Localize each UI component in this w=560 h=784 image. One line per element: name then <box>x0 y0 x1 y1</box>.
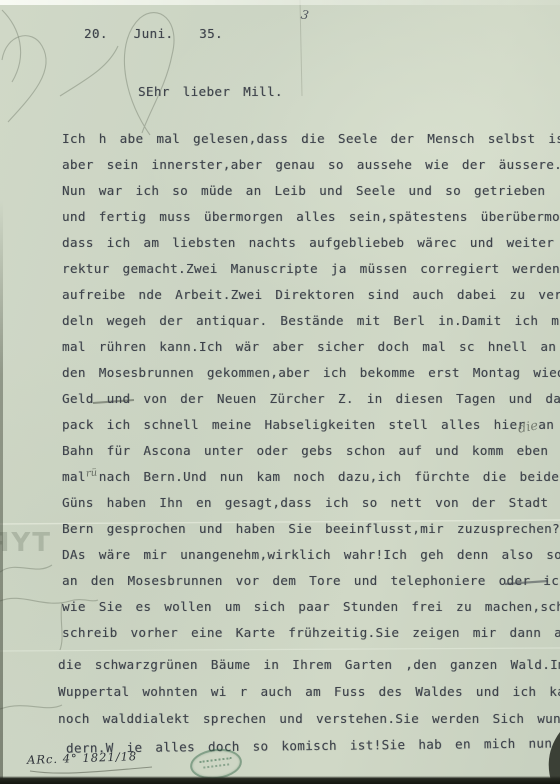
typed-line: die schwarzgrünen Bäume in Ihrem Garten … <box>58 651 558 678</box>
scan-edge-top <box>0 0 560 5</box>
typed-line: pack ich schnell meine Habseligkeiten st… <box>62 412 558 438</box>
typed-line: Geld und von der Neuen Zürcher Z. in die… <box>62 386 558 412</box>
salutation: SEhr lieber Mill. <box>138 84 283 99</box>
typed-line: wie Sie es wollen um sich paar Stunden f… <box>62 594 558 620</box>
typed-line: mal rühren kann.Ich wär aber sicher doch… <box>62 334 558 360</box>
letter-body: Ich h abe mal gelesen,dass die Seele der… <box>62 126 558 646</box>
typed-line: aufreibe nde Arbeit.Zwei Direktoren sind… <box>62 282 558 308</box>
typed-line: Ich h abe mal gelesen,dass die Seele der… <box>62 126 558 152</box>
paper-watermark: TYPEWRITING <box>0 528 50 558</box>
letter-closing: die schwarzgrünen Bäume in Ihrem Garten … <box>58 651 558 759</box>
handwritten-insertion-rue: rü <box>85 467 97 479</box>
typed-line: den Mosesbrunnen gekommen,aber ich bekom… <box>62 360 558 386</box>
scan-edge-bottom <box>0 776 560 784</box>
typed-line: deln wegeh der antiquar. Bestände mit Be… <box>62 308 558 334</box>
typed-line: aber sein innerster,aber genau so ausseh… <box>62 152 558 178</box>
typed-line: mal nach Bern.Und nun kam noch dazu,ich … <box>62 464 558 490</box>
typed-line: noch walddialekt sprechen und verstehen.… <box>58 705 558 732</box>
typed-line: schreib vorher eine Karte frühzeitig.Sie… <box>62 620 558 646</box>
typed-line: Wuppertal wohnten wi r auch am Fuss des … <box>58 678 558 705</box>
archive-number: ARc. 4° 1821/18 <box>27 749 138 767</box>
typed-line: Nun war ich so müde an Leib und Seele un… <box>62 178 558 204</box>
page-number: 3 <box>300 7 310 22</box>
typed-line: an den Mosesbrunnen vor dem Tore und tel… <box>62 568 558 594</box>
scanned-letter-page: TYPEWRITING 3 20. Juni. 35. SEhr lieber … <box>0 0 560 784</box>
typed-line: rektur gemacht.Zwei Manuscripte ja müsse… <box>62 256 558 282</box>
typed-line: dern.W ie alles doch so komisch ist!Sie … <box>66 729 558 761</box>
typed-line: und fertig muss übermorgen alles sein,sp… <box>62 204 558 230</box>
scan-edge-left <box>0 200 3 784</box>
date-line: 20. Juni. 35. <box>84 26 223 41</box>
typed-line: Bahn für Ascona unter oder gebs schon au… <box>62 438 558 464</box>
typed-line: DAs wäre mir unangenehm,wirklich wahr!Ic… <box>62 542 558 568</box>
typed-line: dass ich am liebsten nachts aufgebliebeb… <box>62 230 558 256</box>
typed-line: Güns haben Ihn en gesagt,dass ich so net… <box>62 490 558 516</box>
typed-line: Bern gesprochen und haben Sie beeinfluss… <box>62 516 558 542</box>
